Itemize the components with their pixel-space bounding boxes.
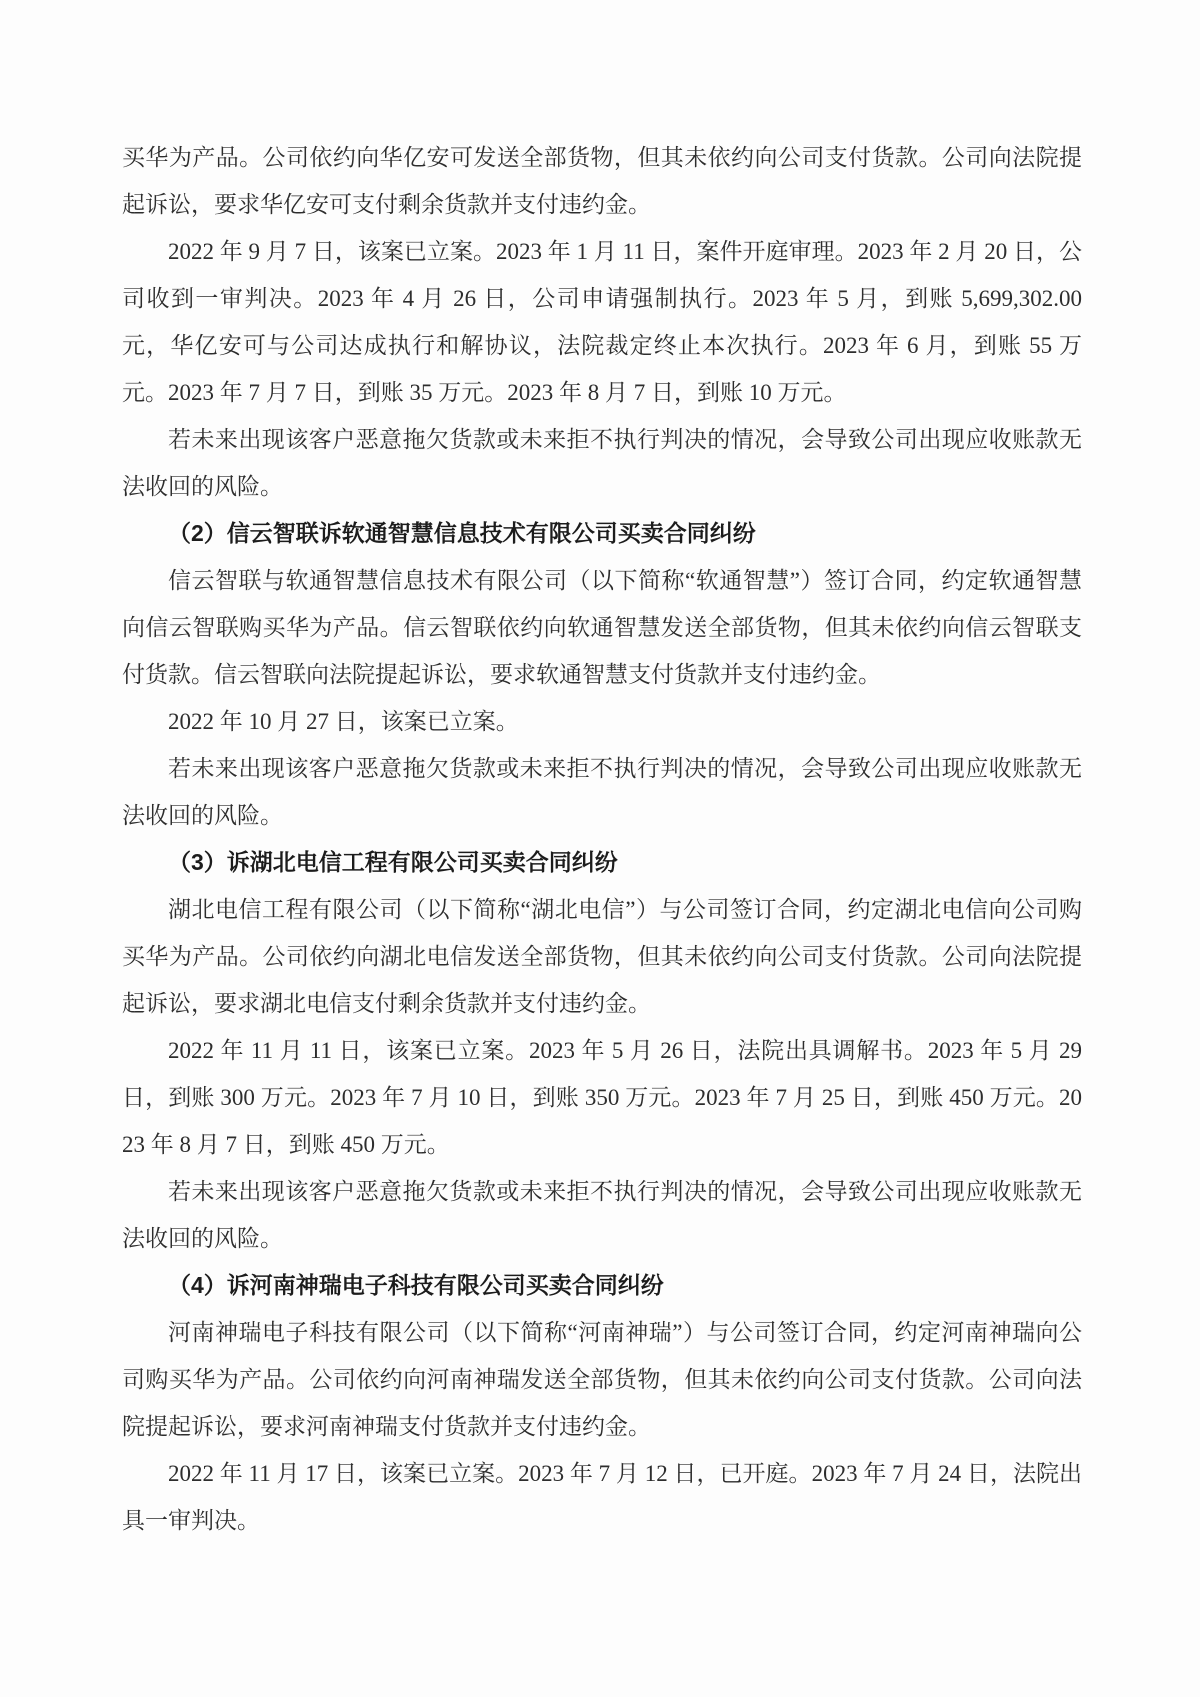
section-heading-case2: （2）信云智联诉软通智慧信息技术有限公司买卖合同纠纷 bbox=[122, 510, 1082, 557]
section-heading-case4: （4）诉河南神瑞电子科技有限公司买卖合同纠纷 bbox=[122, 1262, 1082, 1309]
paragraph-case4-timeline: 2022 年 11 月 17 日，该案已立案。2023 年 7 月 12 日，已… bbox=[122, 1450, 1082, 1544]
document-page: 买华为产品。公司依约向华亿安可发送全部货物，但其未依约向公司支付货款。公司向法院… bbox=[0, 0, 1200, 1697]
paragraph-case2-description: 信云智联与软通智慧信息技术有限公司（以下简称“软通智慧”）签订合同，约定软通智慧… bbox=[122, 557, 1082, 698]
paragraph-case3-timeline: 2022 年 11 月 11 日，该案已立案。2023 年 5 月 26 日，法… bbox=[122, 1027, 1082, 1168]
paragraph-case3-description: 湖北电信工程有限公司（以下简称“湖北电信”）与公司签订合同，约定湖北电信向公司购… bbox=[122, 886, 1082, 1027]
paragraph-case2-timeline: 2022 年 10 月 27 日，该案已立案。 bbox=[122, 698, 1082, 745]
paragraph-case4-description: 河南神瑞电子科技有限公司（以下简称“河南神瑞”）与公司签订合同，约定河南神瑞向公… bbox=[122, 1309, 1082, 1450]
paragraph-case2-risk-note: 若未来出现该客户恶意拖欠货款或未来拒不执行判决的情况，会导致公司出现应收账款无法… bbox=[122, 745, 1082, 839]
paragraph-case1-continuation: 买华为产品。公司依约向华亿安可发送全部货物，但其未依约向公司支付货款。公司向法院… bbox=[122, 134, 1082, 228]
paragraph-case1-timeline: 2022 年 9 月 7 日，该案已立案。2023 年 1 月 11 日，案件开… bbox=[122, 228, 1082, 416]
section-heading-case3: （3）诉湖北电信工程有限公司买卖合同纠纷 bbox=[122, 839, 1082, 886]
paragraph-case1-risk-note: 若未来出现该客户恶意拖欠货款或未来拒不执行判决的情况，会导致公司出现应收账款无法… bbox=[122, 416, 1082, 510]
paragraph-case3-risk-note: 若未来出现该客户恶意拖欠货款或未来拒不执行判决的情况，会导致公司出现应收账款无法… bbox=[122, 1168, 1082, 1262]
